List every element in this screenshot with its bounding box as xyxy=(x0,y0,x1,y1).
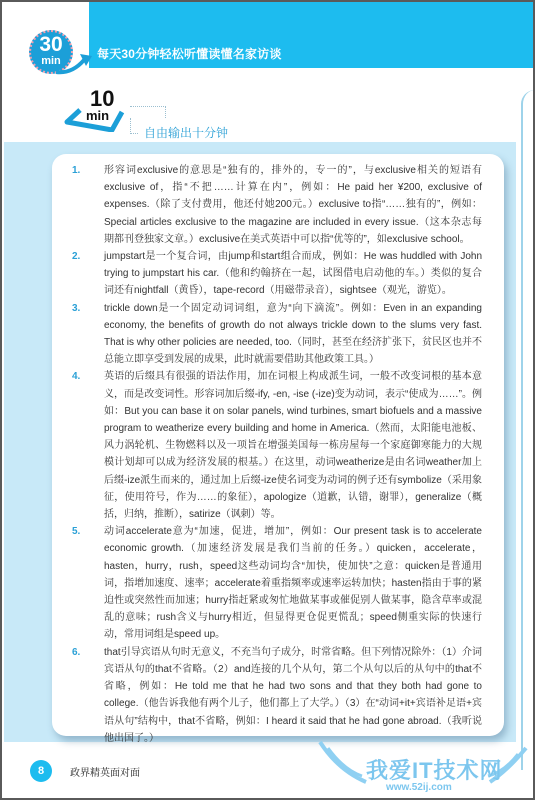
section-title: 自由输出十分钟 xyxy=(144,124,228,141)
section-badge-unit: min xyxy=(86,109,109,123)
dotted-decoration xyxy=(130,106,166,118)
section-badge-number: 10 xyxy=(90,88,114,110)
note-index: 4. xyxy=(72,368,80,385)
notes-list: 1. 形容词exclusive的意思是“独有的，排外的，专一的”，与exclus… xyxy=(72,162,482,747)
page-number: 8 xyxy=(30,760,52,782)
note-index: 2. xyxy=(72,248,80,265)
header-title: 每天30分钟轻松听懂读懂名家访谈 xyxy=(97,45,282,62)
note-item: 4. 英语的后缀具有很强的语法作用，加在词根上构成派生词，一般不改变词根的基本意… xyxy=(72,368,482,523)
dotted-decoration xyxy=(130,118,138,134)
note-item: 5. 动词accelerate意为“加速，促进，增加”，例如：Our prese… xyxy=(72,523,482,643)
note-item: 6. that引导宾语从句时无意义，不充当句子成分，时常省略。但下列情况除外：（… xyxy=(72,644,482,747)
note-item: 3. trickle down是一个固定动词词组，意为“向下滴流”。例如：Eve… xyxy=(72,300,482,369)
note-index: 5. xyxy=(72,523,80,540)
book-page: 每天30分钟轻松听懂读懂名家访谈 30 min 10 min 自由输出十分钟 1… xyxy=(0,0,535,800)
note-text: 英语的后缀具有很强的语法作用，加在词根上构成派生词，一般不改变词根的基本意义，而… xyxy=(104,371,482,520)
note-text: 形容词exclusive的意思是“独有的，排外的，专一的”，与exclusive… xyxy=(104,165,482,245)
note-index: 3. xyxy=(72,300,80,317)
notes-card: 1. 形容词exclusive的意思是“独有的，排外的，专一的”，与exclus… xyxy=(52,154,504,736)
note-item: 2. jumpstart是一个复合词，由jump和start组合而成，例如：He… xyxy=(72,248,482,300)
note-index: 1. xyxy=(72,162,80,179)
note-text: that引导宾语从句时无意义，不充当句子成分，时常省略。但下列情况除外：（1）介… xyxy=(104,647,482,744)
watermark-text: 我爱IT技术网 xyxy=(366,754,503,785)
note-text: jumpstart是一个复合词，由jump和start组合而成，例如：He wa… xyxy=(104,251,482,296)
note-text: 动词accelerate意为“加速，促进，增加”，例如：Our present … xyxy=(104,526,482,640)
header-band: 每天30分钟轻松听懂读懂名家访谈 xyxy=(89,2,535,68)
note-index: 6. xyxy=(72,644,80,661)
watermark-url: www.52ij.com xyxy=(386,782,452,793)
arrow-icon xyxy=(54,50,94,76)
watermark: 我爱IT技术网 www.52ij.com xyxy=(318,740,528,800)
page-edge-decoration xyxy=(521,90,535,770)
note-text: trickle down是一个固定动词词组，意为“向下滴流”。例如：Even i… xyxy=(104,303,482,366)
note-item: 1. 形容词exclusive的意思是“独有的，排外的，专一的”，与exclus… xyxy=(72,162,482,248)
book-title: 政界精英面对面 xyxy=(70,764,140,779)
